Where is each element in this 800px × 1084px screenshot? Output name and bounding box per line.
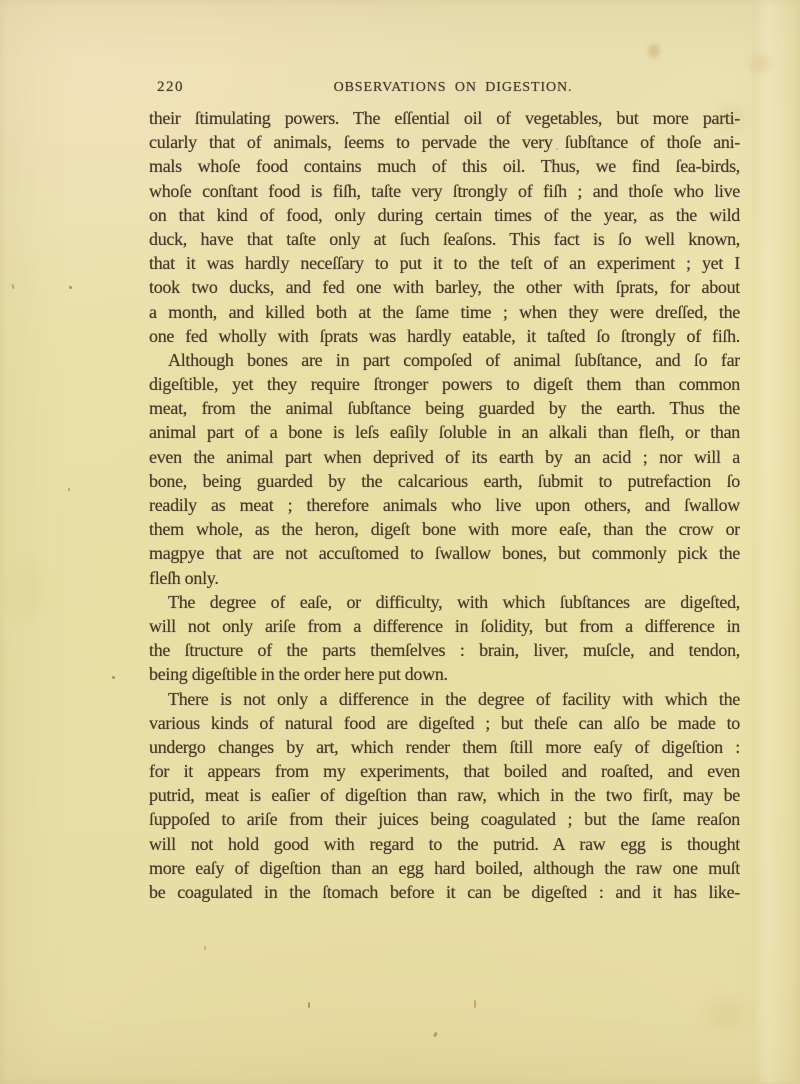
text-line: a month, and killed both at the ſame tim… bbox=[149, 300, 740, 324]
paper-speck bbox=[112, 676, 115, 679]
text-line: Although bones are in part compoſed of a… bbox=[149, 348, 740, 372]
text-line: duck, have that taſte only at ſuch ſeaſo… bbox=[149, 227, 740, 251]
text-line: on that kind of food, only during certai… bbox=[149, 203, 740, 227]
paper-speck bbox=[474, 1000, 476, 1008]
text-line: cularly that of animals, ſeems to pervad… bbox=[149, 130, 740, 154]
text-line: The degree of eaſe, or difficulty, with … bbox=[149, 590, 740, 614]
book-page-scan: 220 OBSERVATIONS ON DIGESTION. their ſti… bbox=[0, 0, 800, 1084]
text-line: fleſh only. bbox=[149, 566, 740, 590]
paper-speck bbox=[11, 284, 15, 289]
text-line: putrid, meat is eaſier of digeſtion than… bbox=[149, 783, 740, 807]
text-line: mals whoſe food contains much of this oi… bbox=[149, 154, 740, 178]
running-title: OBSERVATIONS ON DIGESTION. bbox=[149, 80, 749, 96]
text-line: bone, being guarded by the calcarious ea… bbox=[149, 469, 740, 493]
text-line: one fed wholly with ſprats was hardly ea… bbox=[149, 324, 740, 348]
text-line: There is not only a difference in the de… bbox=[149, 687, 740, 711]
foxing-stain bbox=[706, 1000, 746, 1030]
paper-speck bbox=[308, 1002, 310, 1008]
text-line: more eaſy of digeſtion than an egg hard … bbox=[149, 856, 740, 880]
text-block: their ſtimulating powers. The eſſential … bbox=[149, 106, 740, 904]
text-line: that it was hardly neceſſary to put it t… bbox=[149, 251, 740, 275]
text-line: even the animal part when deprived of it… bbox=[149, 445, 740, 469]
paper-speck bbox=[433, 1032, 438, 1038]
foxing-stain bbox=[648, 44, 660, 58]
foxing-stain bbox=[16, 560, 42, 620]
text-line: being digeſtible in the order here put d… bbox=[149, 662, 740, 686]
text-line: whoſe conſtant food is fiſh, taſte very … bbox=[149, 179, 740, 203]
text-line: readily as meat ; therefore animals who … bbox=[149, 493, 740, 517]
text-line: various kinds of natural food are digeſt… bbox=[149, 711, 740, 735]
text-line: meat, from the animal ſubſtance being gu… bbox=[149, 396, 740, 420]
text-line: took two ducks, and fed one with barley,… bbox=[149, 275, 740, 299]
text-line: digeſtible, yet they require ſtronger po… bbox=[149, 372, 740, 396]
text-line: undergo changes by art, which render the… bbox=[149, 735, 740, 759]
text-line: their ſtimulating powers. The eſſential … bbox=[149, 106, 740, 130]
text-line: for it appears from my experiments, that… bbox=[149, 759, 740, 783]
text-line: will not hold good with regard to the pu… bbox=[149, 832, 740, 856]
text-line: the ſtructure of the parts themſelves : … bbox=[149, 638, 740, 662]
paper-speck bbox=[68, 488, 70, 491]
text-line: be coagulated in the ſtomach before it c… bbox=[149, 880, 740, 904]
text-line: ſuppoſed to ariſe from their juices bein… bbox=[149, 807, 740, 831]
paper-speck bbox=[204, 946, 207, 950]
text-line: will not only ariſe from a difference in… bbox=[149, 614, 740, 638]
page-edge-shading bbox=[752, 0, 800, 1084]
text-line: magpye that are not accuſtomed to ſwallo… bbox=[149, 541, 740, 565]
text-line: them whole, as the heron, digeſt bone wi… bbox=[149, 517, 740, 541]
paper-speck bbox=[69, 286, 72, 289]
text-line: animal part of a bone is leſs eaſily ſol… bbox=[149, 420, 740, 444]
